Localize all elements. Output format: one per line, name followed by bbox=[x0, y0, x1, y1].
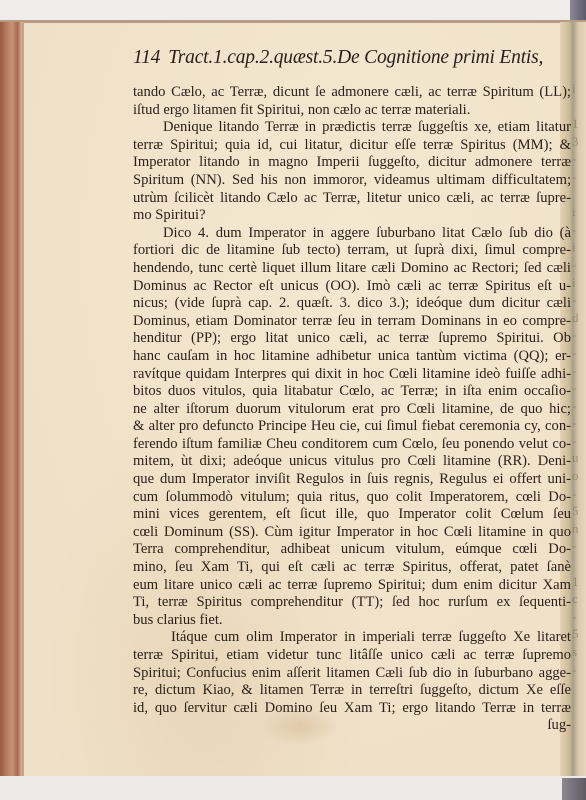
scan-edge-marker-bottom bbox=[562, 778, 586, 800]
text-line: ne alter iſtorum duorum vitulorum erat p… bbox=[133, 401, 571, 419]
text-line: Dico 4. dum Imperator in aggere ſuburban… bbox=[133, 225, 571, 243]
scan-edge-marker-top bbox=[570, 0, 586, 22]
text-line: cœli Dominum (SS). Cùm igitur Imperator … bbox=[133, 524, 571, 542]
text-line: Itáque cum olim Imperator in imperiali t… bbox=[133, 629, 571, 647]
text-line: Terra comprehenditur, adhibeat unicum vi… bbox=[133, 541, 571, 559]
text-line: & alter pro defuncto Principe Heu cie, c… bbox=[133, 418, 571, 436]
text-line: bus clarius fiet. bbox=[133, 612, 571, 630]
scan-background-top bbox=[0, 0, 586, 22]
text-line: utrùm ſcilicèt litando Cælo ac Terræ, li… bbox=[133, 190, 571, 208]
text-line: bitos duos vitulos, quia litabatur Cœlo,… bbox=[133, 383, 571, 401]
text-line: henditur (PP); ergo litat unico cæli, ac… bbox=[133, 330, 571, 348]
text-line: fortiori dic de litamine ſub tecto) terr… bbox=[133, 242, 571, 260]
page-number: 114 bbox=[133, 47, 160, 68]
text-line: hanc cauſam in hoc litamine adhibetur un… bbox=[133, 348, 571, 366]
text-line: nicus; (vide ſuprà cap. 2. quæſt. 3. dic… bbox=[133, 295, 571, 313]
text-line: mo Spiritui? bbox=[133, 207, 571, 225]
text-line: Ti, terræ Spiritus comprehenditur (TT); … bbox=[133, 594, 571, 612]
text-line: eum litare unico cæli ac terræ ſupremo S… bbox=[133, 577, 571, 595]
text-line: ferendo iſtum familiæ Cheu conditorem cu… bbox=[133, 436, 571, 454]
scan-background-bottom bbox=[0, 776, 586, 800]
text-line: Denique litando Terræ in prædictis terræ… bbox=[133, 119, 571, 137]
text-line: re, dictum Kiao, & litamen Terræ in terr… bbox=[133, 682, 571, 700]
text-line: hendendo, tunc certè liquet illum litare… bbox=[133, 260, 571, 278]
text-line: mitem, ùt dixi; adeóque unicus vitulus p… bbox=[133, 453, 571, 471]
catchword: ſug- bbox=[133, 717, 571, 735]
facing-page-bleed: i 1 3 - - i - i - i - d - - - - - - - u … bbox=[572, 80, 586, 680]
text-line: tando Cælo, ac Terræ, dicunt ſe admonere… bbox=[133, 84, 571, 102]
text-line: Dominus, etiam Dominator terræ ſeu in te… bbox=[133, 313, 571, 331]
body-text: tando Cælo, ac Terræ, dicunt ſe admonere… bbox=[133, 84, 571, 735]
text-line: ravítque quidam Interpres qui dixit in h… bbox=[133, 366, 571, 384]
text-line: cum ſolummodò vitulum; quia ritus, quo c… bbox=[133, 489, 571, 507]
text-line: terræ Spiritui, etiam videtur tunc litâſ… bbox=[133, 647, 571, 665]
book-spine-edge bbox=[0, 22, 22, 778]
text-line: mino, ſeu Xam Ti, qui eſt cæli ac terræ … bbox=[133, 559, 571, 577]
running-title: Tract.1.cap.2.quæst.5.De Cognitione prim… bbox=[168, 47, 543, 68]
text-line: Imperator litando in magno Imperii ſugge… bbox=[133, 154, 571, 172]
text-line: Dominus ac Rector eſt unicus (OO). Imò c… bbox=[133, 278, 571, 296]
text-line: id, quo ſervitur cæli Domino ſeu Xam Ti;… bbox=[133, 700, 571, 718]
text-line: Spiritui; Confucius enim aſſerit litamen… bbox=[133, 665, 571, 683]
text-line: iſtud ergo litamen fit Spiritui, non cæl… bbox=[133, 102, 571, 120]
page-top-edge bbox=[0, 20, 586, 23]
spine-gutter-line bbox=[22, 22, 24, 778]
text-line: Spiritum (NN). Sed his non immoror, vide… bbox=[133, 172, 571, 190]
running-header: 114Tract.1.cap.2.quæst.5.De Cognitione p… bbox=[133, 47, 573, 69]
text-line: terræ Spiritui; quia id, cui litatur, di… bbox=[133, 137, 571, 155]
text-line: que dum Imperator inviſit Regulos in ſui… bbox=[133, 471, 571, 489]
text-line: mini vices gerentem, eſt ſicut ille, quo… bbox=[133, 506, 571, 524]
